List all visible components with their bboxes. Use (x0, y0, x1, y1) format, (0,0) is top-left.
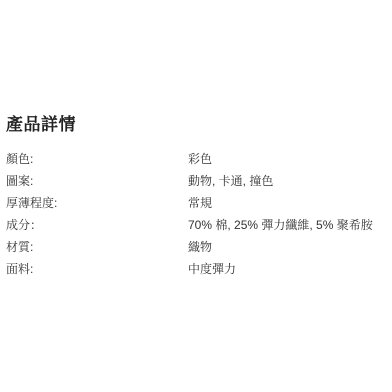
table-row-material: 材質: 織物 (0, 236, 392, 258)
attribute-value: 70% 棉, 25% 彈力纖維, 5% 聚希胺 (188, 214, 392, 236)
attribute-value: 中度彈力 (188, 258, 392, 280)
table-row-thickness: 厚薄程度: 常規 (0, 192, 392, 214)
table-row-pattern: 圖案: 動物, 卡通, 撞色 (0, 170, 392, 192)
product-attributes-list: 顏色: 彩色 圖案: 動物, 卡通, 撞色 厚薄程度: 常規 成分： 70% 棉… (0, 148, 392, 280)
product-details-page: 產品詳情 顏色: 彩色 圖案: 動物, 卡通, 撞色 厚薄程度: 常規 成分： … (0, 0, 392, 392)
attribute-label: 成分： (6, 214, 188, 236)
attribute-value: 常規 (188, 192, 392, 214)
attribute-value: 彩色 (188, 148, 392, 170)
attribute-label: 顏色: (6, 148, 188, 170)
attribute-value: 動物, 卡通, 撞色 (188, 170, 392, 192)
attribute-label: 厚薄程度: (6, 192, 188, 214)
table-row-fabric: 面料: 中度彈力 (0, 258, 392, 280)
table-row-color: 顏色: 彩色 (0, 148, 392, 170)
attribute-label: 面料: (6, 258, 188, 280)
page-title: 產品詳情 (6, 112, 76, 138)
attribute-label: 材質: (6, 236, 188, 258)
attribute-value: 織物 (188, 236, 392, 258)
table-row-composition: 成分： 70% 棉, 25% 彈力纖維, 5% 聚希胺 (0, 214, 392, 236)
attribute-label: 圖案: (6, 170, 188, 192)
